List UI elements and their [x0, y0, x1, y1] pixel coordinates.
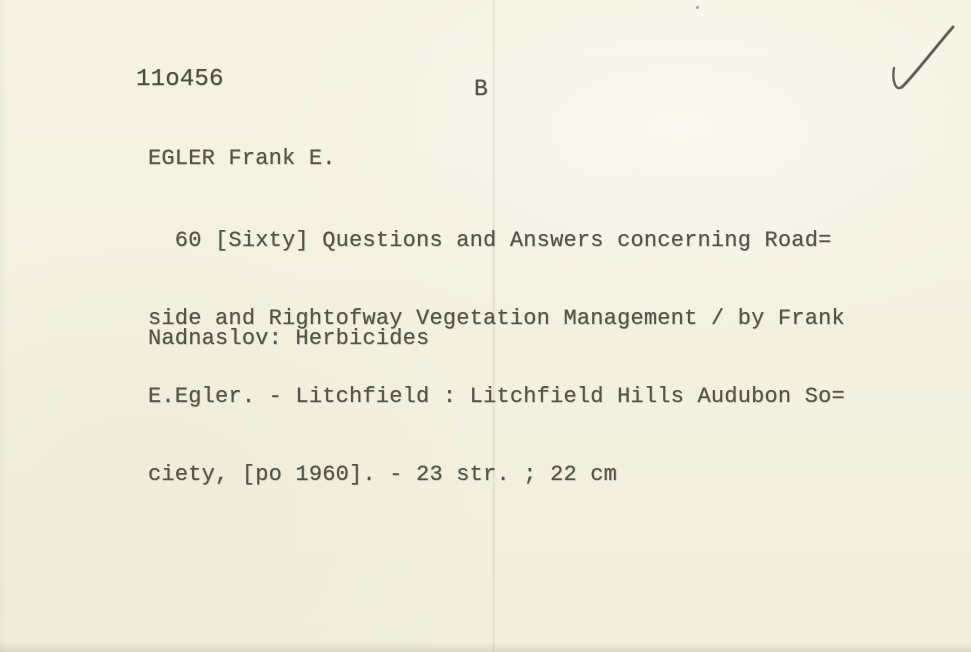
ink-speck: [696, 6, 699, 9]
entry-line: E.Egler. - Litchfield : Litchfield Hills…: [148, 384, 845, 410]
entry-line: ciety, [po 1960]. - 23 str. ; 22 cm: [148, 462, 845, 488]
classification-letter: B: [474, 76, 488, 102]
call-number: 11o456: [136, 66, 224, 93]
entry-line: 60 [Sixty] Questions and Answers concern…: [148, 228, 845, 254]
checkmark-icon: [878, 16, 962, 100]
card-bottom-edge: [0, 642, 971, 652]
author-heading: EGLER Frank E.: [148, 146, 336, 171]
bibliographic-entry: 60 [Sixty] Questions and Answers concern…: [148, 176, 845, 540]
note-line: Nadnaslov: Herbicides: [148, 326, 429, 351]
catalog-card: 11o456 B EGLER Frank E. 60 [Sixty] Quest…: [0, 0, 971, 652]
card-left-edge: [0, 0, 6, 652]
